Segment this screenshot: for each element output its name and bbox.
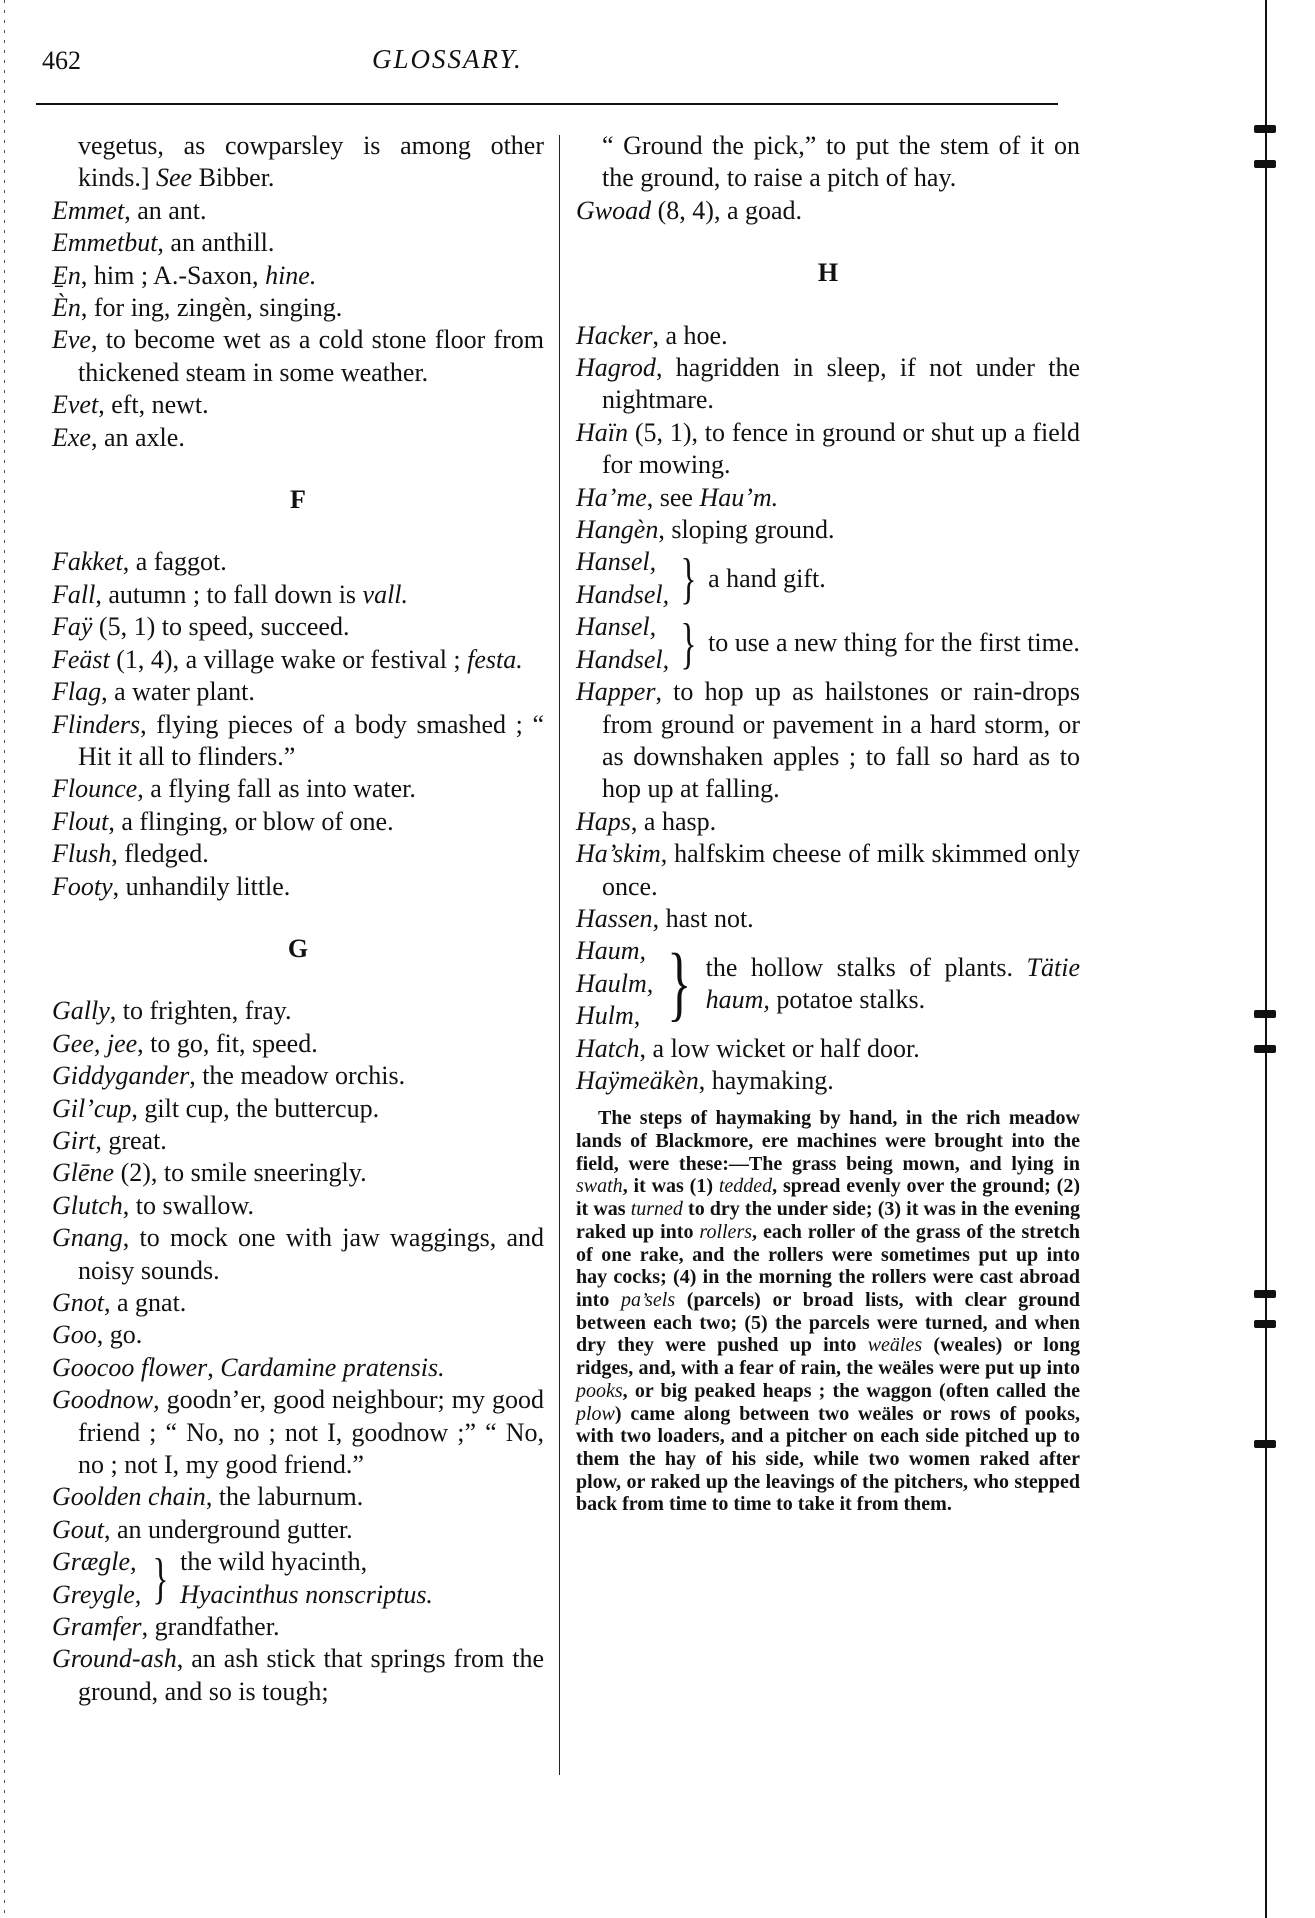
- haymaking-note: The steps of haymaking by hand, in the r…: [576, 1107, 1080, 1516]
- definition: potatoe stalks.: [770, 985, 925, 1014]
- glossary-entry: Èn, for ing, zingèn, singing.: [52, 292, 544, 324]
- glossary-entry: Haïn (5, 1), to fence in ground or shut …: [576, 417, 1080, 482]
- headword: Faÿ: [52, 612, 92, 641]
- definition: , the laburnum.: [206, 1482, 363, 1511]
- headword: Hagrod: [576, 353, 656, 382]
- glossary-entry: Gil’cup, gilt cup, the buttercup.: [52, 1093, 544, 1125]
- glossary-entry: Gally, to frighten, fray.: [52, 995, 544, 1027]
- entries-f: Fakket, a faggot.Fall, autumn ; to fall …: [52, 546, 544, 902]
- headword: Ha’me: [576, 483, 647, 512]
- headword: Hansel,: [576, 611, 669, 643]
- note-italic-term: pooks: [576, 1380, 623, 1402]
- glossary-entry: Girt, great.: [52, 1125, 544, 1157]
- headword: Gout: [52, 1515, 104, 1544]
- definition: , gilt cup, the buttercup.: [131, 1094, 379, 1123]
- glossary-entry: Goocoo flower, Cardamine pratensis.: [52, 1352, 544, 1384]
- definition-italic: hine.: [265, 261, 316, 290]
- headword: Gee, jee: [52, 1029, 137, 1058]
- definition: , to mock one with jaw waggings, and noi…: [78, 1223, 544, 1284]
- entry-continuation: vegetus, as cowparsley is among other ki…: [78, 131, 544, 192]
- glossary-entry: Flounce, a flying fall as into water.: [52, 773, 544, 805]
- definition: , fledged.: [111, 839, 208, 868]
- left-edge-artifact: [4, 0, 5, 1918]
- glossary-entry: vegetus, as cowparsley is among other ki…: [52, 130, 544, 195]
- note-text: The steps of haymaking by hand, in the r…: [576, 1107, 1080, 1174]
- headword: Fall: [52, 580, 95, 609]
- entry-continuation: “ Ground the pick,” to put the stem of i…: [602, 131, 1080, 192]
- brace-icon: }: [681, 616, 697, 672]
- glossary-entry: E̱n, him ; A.-Saxon, hine.: [52, 260, 544, 292]
- entries-e: vegetus, as cowparsley is among other ki…: [52, 130, 544, 454]
- right-edge-binding-artifact: [1265, 0, 1267, 1918]
- definition: , an underground gutter.: [104, 1515, 353, 1544]
- edge-mark: [1254, 1320, 1276, 1328]
- headword: Hacker: [576, 321, 653, 350]
- headword: Giddygander: [52, 1061, 189, 1090]
- glossary-entry: Feäst (1, 4), a village wake or festival…: [52, 644, 544, 676]
- headword: Footy: [52, 872, 113, 901]
- headword: Girt: [52, 1126, 95, 1155]
- page-number: 462: [42, 46, 81, 76]
- glossary-entry: Hagrod, hagridden in sleep, if not under…: [576, 352, 1080, 417]
- headword: Hatch: [576, 1034, 640, 1063]
- definition: the hollow stalks of plants.: [706, 953, 1027, 982]
- edge-mark: [1254, 125, 1276, 133]
- glossary-entry: Eve, to become wet as a cold stone floor…: [52, 324, 544, 389]
- note-italic-term: turned: [631, 1198, 683, 1220]
- definition: , a gnat.: [104, 1288, 186, 1317]
- glossary-entry: Hatch, a low wicket or half door.: [576, 1033, 1080, 1065]
- headword: Haum,: [576, 935, 653, 967]
- glossary-entry: Evet, eft, newt.: [52, 389, 544, 421]
- headword: Ha’skim: [576, 839, 661, 868]
- glossary-entry: Glēne (2), to smile sneeringly.: [52, 1157, 544, 1189]
- definition: to use a new thing for the first time.: [708, 627, 1080, 659]
- glossary-entry: Glutch, to swallow.: [52, 1190, 544, 1222]
- column-divider: [559, 135, 560, 1775]
- headword: Goocoo flower: [52, 1353, 207, 1382]
- brace-icon: }: [681, 551, 697, 607]
- definition: , for ing, zingèn, singing.: [81, 293, 342, 322]
- definition: , unhandily little.: [113, 872, 291, 901]
- definition: a hand gift.: [708, 563, 1080, 595]
- headword: Gnot: [52, 1288, 104, 1317]
- section-letter-h: H: [576, 257, 1080, 289]
- headword: Goolden chain: [52, 1482, 206, 1511]
- headword: Greygle,: [52, 1579, 141, 1611]
- definition: , a low wicket or half door.: [640, 1034, 920, 1063]
- glossary-entry: Hassen, hast not.: [576, 903, 1080, 935]
- glossary-entry: Hangèn, sloping ground.: [576, 514, 1080, 546]
- glossary-entry: Emmet, an ant.: [52, 195, 544, 227]
- note-text: , or big peaked heaps ; the waggon (ofte…: [623, 1380, 1080, 1402]
- definition: , great.: [95, 1126, 166, 1155]
- definition: , flying pieces of a body smashed ; “ Hi…: [78, 710, 544, 771]
- headword: Haÿmeäkèn: [576, 1066, 699, 1095]
- note-text: , it was (1): [623, 1175, 719, 1197]
- definition: , a flying fall as into water.: [137, 774, 416, 803]
- headword: Hulm,: [576, 1000, 653, 1032]
- headword: Fakket: [52, 547, 123, 576]
- edge-mark: [1254, 1010, 1276, 1018]
- definition: , an ant.: [124, 196, 206, 225]
- definition-italic: vall.: [363, 580, 409, 609]
- headword: Grægle,: [52, 1546, 141, 1578]
- glossary-entry: Goolden chain, the laburnum.: [52, 1481, 544, 1513]
- glossary-entry: Flinders, flying pieces of a body smashe…: [52, 709, 544, 774]
- glossary-entry: Fakket, a faggot.: [52, 546, 544, 578]
- definition: , autumn ; to fall down is: [95, 580, 362, 609]
- edge-mark: [1254, 1045, 1276, 1053]
- headword: Haulm,: [576, 968, 653, 1000]
- headword: Goodnow: [52, 1385, 153, 1414]
- definition-latin: Hyacinthus nonscriptus.: [180, 1579, 544, 1611]
- headword: Flinders: [52, 710, 140, 739]
- note-italic-term: rollers: [699, 1221, 752, 1243]
- headword: Emmetbut: [52, 228, 157, 257]
- headword: Gnang: [52, 1223, 123, 1252]
- headword: E̱n: [52, 261, 81, 290]
- glossary-entry: Emmetbut, an anthill.: [52, 227, 544, 259]
- running-head: GLOSSARY.: [372, 44, 523, 75]
- glossary-entry: Hacker, a hoe.: [576, 320, 1080, 352]
- glossary-entry: Haps, a hasp.: [576, 806, 1080, 838]
- headword: Eve: [52, 325, 91, 354]
- headword: Gil’cup: [52, 1094, 131, 1123]
- headword: Èn: [52, 293, 81, 322]
- definition: , to swallow.: [123, 1191, 254, 1220]
- definition: , a faggot.: [123, 547, 227, 576]
- headword: Happer: [576, 677, 655, 706]
- glossary-entry: Ha’me, see Hau’m.: [576, 482, 1080, 514]
- glossary-entry: Faÿ (5, 1) to speed, succeed.: [52, 611, 544, 643]
- entries-h: Hacker, a hoe.Hagrod, hagridden in sleep…: [576, 320, 1080, 547]
- glossary-entry: Gnot, a gnat.: [52, 1287, 544, 1319]
- headword: Haïn: [576, 418, 628, 447]
- definition: , halfskim cheese of milk skimmed only o…: [602, 839, 1080, 900]
- headword: Gally: [52, 996, 110, 1025]
- entry-haum-group: Haum, Haulm, Hulm, } the hollow stalks o…: [576, 935, 1080, 1032]
- entries-g-continued: “ Ground the pick,” to put the stem of i…: [576, 130, 1080, 227]
- entries-h3: Hatch, a low wicket or half door.Haÿmeäk…: [576, 1033, 1080, 1098]
- section-letter-g: G: [52, 933, 544, 965]
- definition: , a hoe.: [653, 321, 728, 350]
- glossary-entry: Ha’skim, halfskim cheese of milk skimmed…: [576, 838, 1080, 903]
- glossary-entry: Ground-ash, an ash stick that springs fr…: [52, 1643, 544, 1708]
- headword: Evet: [52, 390, 98, 419]
- header-rule: [36, 103, 1058, 105]
- note-italic-term: plow: [576, 1403, 615, 1425]
- glossary-entry: Happer, to hop up as hailstones or rain-…: [576, 676, 1080, 806]
- glossary-entry: Flout, a flinging, or blow of one.: [52, 806, 544, 838]
- headword: Flounce: [52, 774, 137, 803]
- headword: Hassen: [576, 904, 653, 933]
- definition: , go.: [97, 1320, 143, 1349]
- headword: Haps: [576, 807, 631, 836]
- note-italic-term: tedded: [719, 1175, 772, 1197]
- definition: ,: [207, 1353, 220, 1382]
- definition: , haymaking.: [699, 1066, 834, 1095]
- headword: Handsel,: [576, 644, 669, 676]
- entry-continuation: Bibber.: [192, 163, 274, 192]
- entry-hansel-group-2: Hansel, Handsel, } to use a new thing fo…: [576, 611, 1080, 676]
- glossary-entry: Haÿmeäkèn, haymaking.: [576, 1065, 1080, 1097]
- definition: , grandfather.: [142, 1612, 280, 1641]
- glossary-entry: Gnang, to mock one with jaw waggings, an…: [52, 1222, 544, 1287]
- entry-hansel-group-1: Hansel, Handsel, } a hand gift.: [576, 546, 1080, 611]
- glossary-entry: Flush, fledged.: [52, 838, 544, 870]
- definition: (1, 4), a village wake or festival ;: [110, 645, 467, 674]
- brace-icon: }: [153, 1551, 169, 1607]
- headword: Feäst: [52, 645, 110, 674]
- entries-g2: Gramfer, grandfather.Ground-ash, an ash …: [52, 1611, 544, 1708]
- headword: Flout: [52, 807, 108, 836]
- definition-italic: festa.: [467, 645, 523, 674]
- left-column: vegetus, as cowparsley is among other ki…: [52, 130, 544, 1708]
- edge-mark: [1254, 160, 1276, 168]
- glossary-entry: Gout, an underground gutter.: [52, 1514, 544, 1546]
- headword: Emmet: [52, 196, 124, 225]
- note-italic-term: weäles: [868, 1334, 922, 1356]
- headword: Hansel,: [576, 546, 669, 578]
- glossary-entry: “ Ground the pick,” to put the stem of i…: [576, 130, 1080, 195]
- glossary-entry: Footy, unhandily little.: [52, 871, 544, 903]
- definition: (8, 4), a goad.: [651, 196, 802, 225]
- headword: Flag: [52, 677, 101, 706]
- definition: , eft, newt.: [98, 390, 208, 419]
- definition: (5, 1) to speed, succeed.: [92, 612, 349, 641]
- definition: , hagridden in sleep, if not under the n…: [602, 353, 1080, 414]
- entries-g: Gally, to frighten, fray.Gee, jee, to go…: [52, 995, 544, 1546]
- definition: , to frighten, fray.: [110, 996, 292, 1025]
- note-text: ) came along between two weäles or rows …: [576, 1403, 1080, 1516]
- definition: , an anthill.: [157, 228, 274, 257]
- entries-h2: Happer, to hop up as hailstones or rain-…: [576, 676, 1080, 935]
- headword: Glēne: [52, 1158, 114, 1187]
- headword: Glutch: [52, 1191, 123, 1220]
- headword: Exe: [52, 423, 91, 452]
- edge-mark: [1254, 1290, 1276, 1298]
- glossary-entry: Exe, an axle.: [52, 422, 544, 454]
- glossary-entry: Flag, a water plant.: [52, 676, 544, 708]
- glossary-entry: Goodnow, goodn’er, good neighbour; my go…: [52, 1384, 544, 1481]
- right-column: “ Ground the pick,” to put the stem of i…: [576, 130, 1080, 1516]
- definition: , a water plant.: [101, 677, 255, 706]
- glossary-entry: Fall, autumn ; to fall down is vall.: [52, 579, 544, 611]
- definition: , a flinging, or blow of one.: [108, 807, 393, 836]
- glossary-entry: Gramfer, grandfather.: [52, 1611, 544, 1643]
- definition: , to go, fit, speed.: [137, 1029, 318, 1058]
- definition: (5, 1), to fence in ground or shut up a …: [602, 418, 1080, 479]
- definition: , to hop up as hailstones or rain-drops …: [602, 677, 1080, 803]
- note-italic-term: pa’sels: [621, 1289, 675, 1311]
- definition-italic: Cardamine pratensis.: [220, 1353, 444, 1382]
- glossary-entry: Giddygander, the meadow orchis.: [52, 1060, 544, 1092]
- headword: Gramfer: [52, 1612, 142, 1641]
- brace-icon: }: [667, 942, 691, 1026]
- headword: Flush: [52, 839, 111, 868]
- headword: Gwoad: [576, 196, 651, 225]
- definition: , an axle.: [91, 423, 185, 452]
- headword: Hangèn: [576, 515, 658, 544]
- glossary-entry: Gee, jee, to go, fit, speed.: [52, 1028, 544, 1060]
- glossary-entry: Gwoad (8, 4), a goad.: [576, 195, 1080, 227]
- headword: Ground-ash: [52, 1644, 177, 1673]
- definition: , him ; A.-Saxon,: [81, 261, 265, 290]
- definition-italic: Hau’m.: [699, 483, 778, 512]
- see-reference: See: [156, 163, 192, 192]
- definition: the wild hyacinth,: [180, 1546, 544, 1578]
- definition: , to become wet as a cold stone floor fr…: [78, 325, 544, 386]
- definition: (2), to smile sneeringly.: [114, 1158, 366, 1187]
- glossary-entry: Goo, go.: [52, 1319, 544, 1351]
- edge-mark: [1254, 1440, 1276, 1448]
- headword: Goo: [52, 1320, 97, 1349]
- definition: , hast not.: [653, 904, 754, 933]
- note-italic-term: swath: [576, 1175, 623, 1197]
- definition: , see: [647, 483, 700, 512]
- definition: , a hasp.: [631, 807, 716, 836]
- section-letter-f: F: [52, 484, 544, 516]
- headword: Handsel,: [576, 579, 669, 611]
- entry-graegle-group: Grægle, Greygle, } the wild hyacinth, Hy…: [52, 1546, 544, 1611]
- definition: , the meadow orchis.: [189, 1061, 405, 1090]
- definition: , sloping ground.: [658, 515, 834, 544]
